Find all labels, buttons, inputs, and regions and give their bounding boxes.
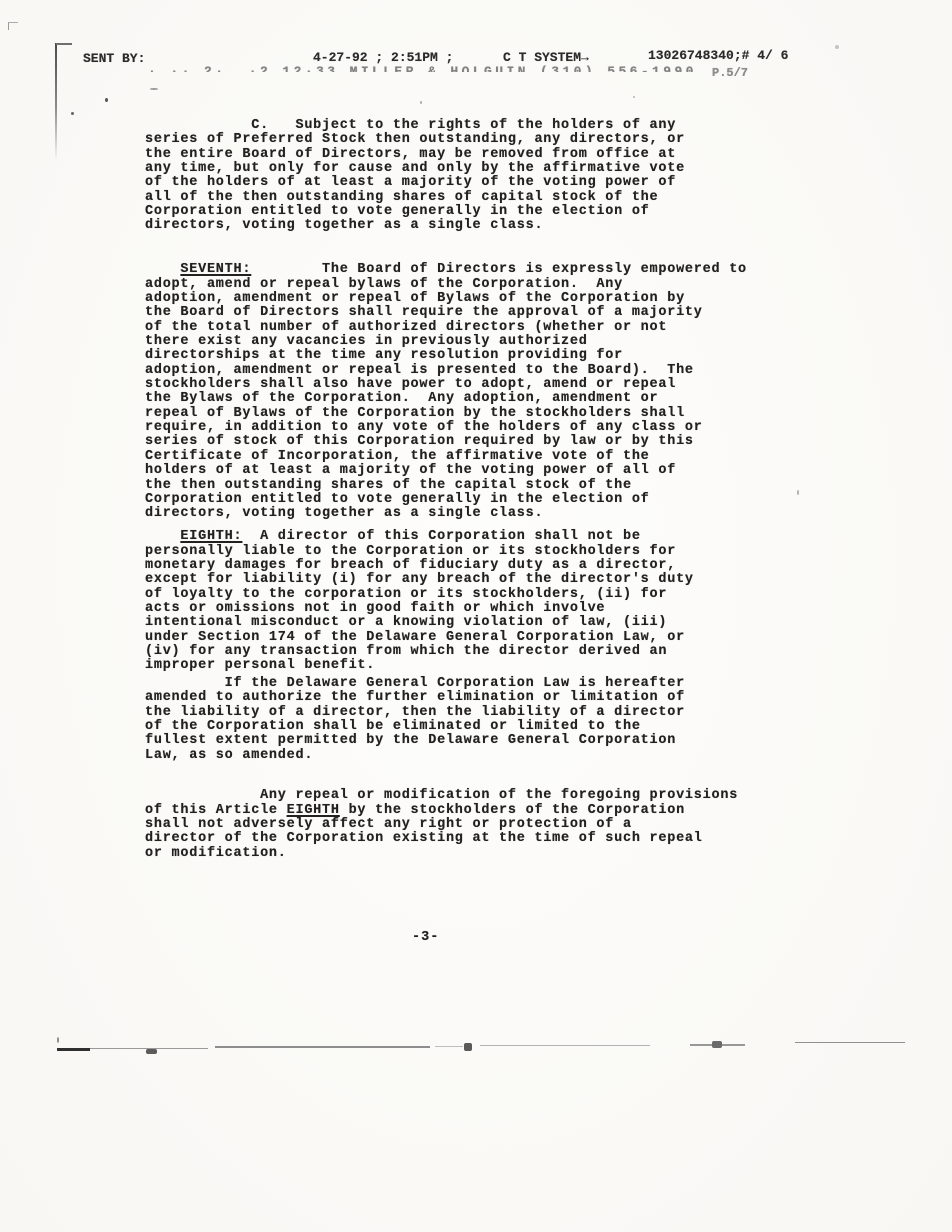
- bottom-scan-line-segment: [435, 1046, 463, 1047]
- bottom-scan-line-segment: [480, 1045, 650, 1046]
- scan-speck: [150, 88, 158, 90]
- scan-smudge: [712, 1041, 722, 1048]
- bottom-scan-line-segment: [90, 1048, 208, 1049]
- bottom-scan-line-segment: [795, 1042, 905, 1043]
- scan-speck: [105, 98, 108, 102]
- article-seventh-heading: SEVENTH:: [180, 262, 251, 277]
- paragraph-c-removal-of-directors: C. Subject to the rights of the holders …: [145, 119, 745, 234]
- paragraph-repeal-modification: Any repeal or modification of the forego…: [145, 775, 745, 875]
- article-seventh-paragraph: SEVENTH: The Board of Directors is expre…: [145, 249, 745, 536]
- fax-page-ref: P.5/7: [712, 66, 748, 76]
- scanned-fax-page: SENT BY: 4-27-92 ; 2:51PM ; C T SYSTEM→ …: [0, 0, 952, 1232]
- fax-faded-sender-line: · ·· 2· ·2 12·33 MILLER & HOLGUIN (310) …: [148, 64, 697, 72]
- article-eighth-paragraph: EIGHTH: A director of this Corporation s…: [145, 516, 745, 688]
- fax-datetime: 4-27-92 ; 2:51PM ;: [313, 50, 453, 65]
- article-eighth-heading: EIGHTH:: [180, 529, 242, 544]
- bottom-scan-line-segment: [215, 1046, 430, 1048]
- article-seventh-body: The Board of Directors is expressly empo…: [145, 262, 747, 521]
- bottom-scan-line-segment: [57, 1048, 90, 1051]
- article-eighth-reference: EIGHTH: [287, 803, 340, 818]
- scan-corner-mark: [8, 22, 18, 30]
- scan-speck: [420, 101, 422, 104]
- fax-page-meta: 13026748340;# 4/ 6: [648, 48, 788, 63]
- bottom-scan-line-segment: [690, 1044, 745, 1046]
- scan-speck: [71, 112, 74, 115]
- fax-system-id: C T SYSTEM→: [503, 50, 589, 65]
- scan-speck: [57, 1037, 59, 1043]
- page-left-edge-line: [55, 43, 57, 161]
- page-number: -3-: [412, 930, 439, 945]
- scan-smudge: [464, 1043, 472, 1051]
- scan-speck: [633, 96, 635, 98]
- scan-smudge: [146, 1049, 157, 1054]
- scan-speck: [797, 490, 799, 495]
- fax-sent-by-label: SENT BY:: [83, 51, 145, 66]
- paragraph-delaware-amendment: If the Delaware General Corporation Law …: [145, 677, 745, 763]
- article-eighth-body: A director of this Corporation shall not…: [145, 529, 694, 673]
- page-top-edge-tick: [56, 43, 72, 45]
- scan-speck: [835, 45, 839, 49]
